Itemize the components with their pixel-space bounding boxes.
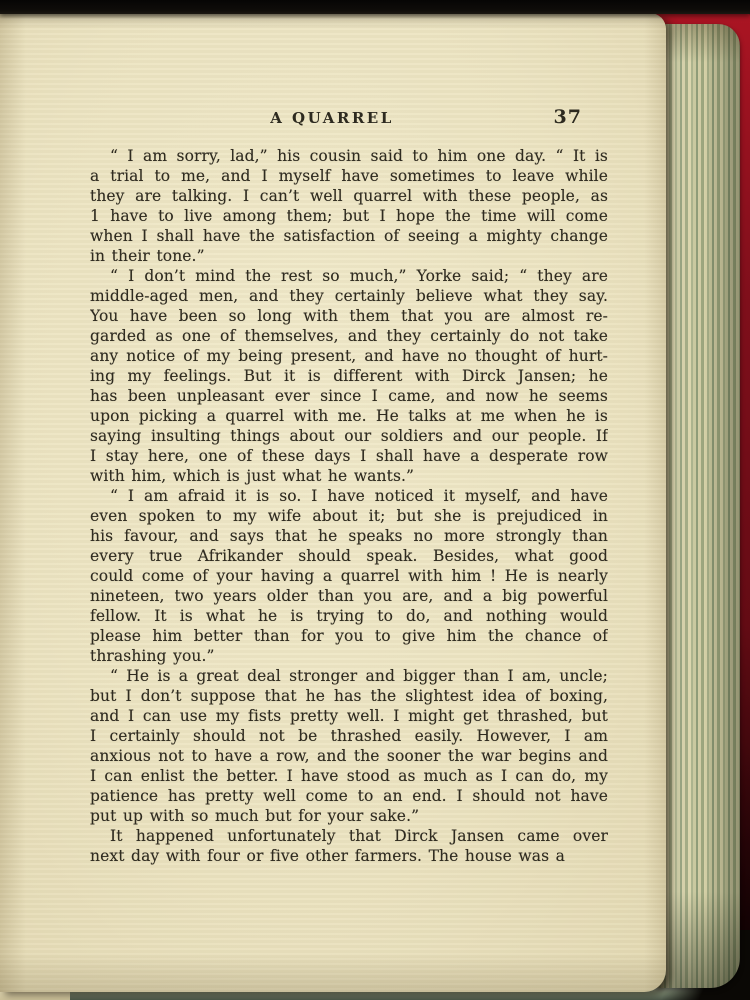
text-line: fellow. It is what he is trying to do, a… xyxy=(90,606,608,626)
text-line: upon picking a quarrel with me. He talks… xyxy=(90,406,608,426)
book-fore-edge-pages xyxy=(656,24,740,988)
text-line: middle-aged men, and they certainly beli… xyxy=(90,286,608,306)
text-line: I can enlist the better. I have stood as… xyxy=(90,766,608,786)
text-line: “ I am sorry, lad,” his cousin said to h… xyxy=(90,146,608,166)
text-line: any notice of my being present, and have… xyxy=(90,346,608,366)
chapter-header-title: A QUARREL xyxy=(90,109,608,127)
text-line: and I can use my fists pretty well. I mi… xyxy=(90,706,608,726)
text-line: even spoken to my wife about it; but she… xyxy=(90,506,608,526)
text-line: could come of your having a quarrel with… xyxy=(90,566,608,586)
text-line: they are talking. I can’t well quarrel w… xyxy=(90,186,608,206)
text-line: thrashing you.” xyxy=(90,646,608,666)
book-photo: A QUARREL 37 “ I am sorry, lad,” his cou… xyxy=(0,0,750,1000)
text-line: “ I don’t mind the rest so much,” Yorke … xyxy=(90,266,608,286)
text-line: It happened unfortunately that Dirck Jan… xyxy=(90,826,608,846)
text-line: I stay here, one of these days I shall h… xyxy=(90,446,608,466)
text-line: “ I am afraid it is so. I have noticed i… xyxy=(90,486,608,506)
text-line: but I don’t suppose that he has the slig… xyxy=(90,686,608,706)
text-block: “ I am sorry, lad,” his cousin said to h… xyxy=(90,146,608,866)
book-cover-top-edge xyxy=(0,0,750,14)
page-number: 37 xyxy=(554,106,582,128)
text-line: a trial to me, and I myself have sometim… xyxy=(90,166,608,186)
text-line: anxious not to have a row, and the soone… xyxy=(90,746,608,766)
text-line: “ He is a great deal stronger and bigger… xyxy=(90,666,608,686)
book-page: A QUARREL 37 “ I am sorry, lad,” his cou… xyxy=(0,13,666,992)
text-line: in their tone.” xyxy=(90,246,608,266)
text-line: garded as one of themselves, and they ce… xyxy=(90,326,608,346)
text-line: please him better than for you to give h… xyxy=(90,626,608,646)
text-line: nineteen, two years older than you are, … xyxy=(90,586,608,606)
text-line: every true Afrikander should speak. Besi… xyxy=(90,546,608,566)
text-line: I certainly should not be thrashed easil… xyxy=(90,726,608,746)
text-line: You have been so long with them that you… xyxy=(90,306,608,326)
text-line: put up with so much but for your sake.” xyxy=(90,806,608,826)
text-line: his favour, and says that he speaks no m… xyxy=(90,526,608,546)
text-line: next day with four or five other farmers… xyxy=(90,846,608,866)
running-header: A QUARREL 37 xyxy=(90,109,608,133)
text-line: with him, which is just what he wants.” xyxy=(90,466,608,486)
text-line: patience has pretty well come to an end.… xyxy=(90,786,608,806)
text-line: has been unpleasant ever since I came, a… xyxy=(90,386,608,406)
text-line: saying insulting things about our soldie… xyxy=(90,426,608,446)
text-line: 1 have to live among them; but I hope th… xyxy=(90,206,608,226)
text-line: ing my feelings. But it is different wit… xyxy=(90,366,608,386)
text-line: when I shall have the satisfaction of se… xyxy=(90,226,608,246)
